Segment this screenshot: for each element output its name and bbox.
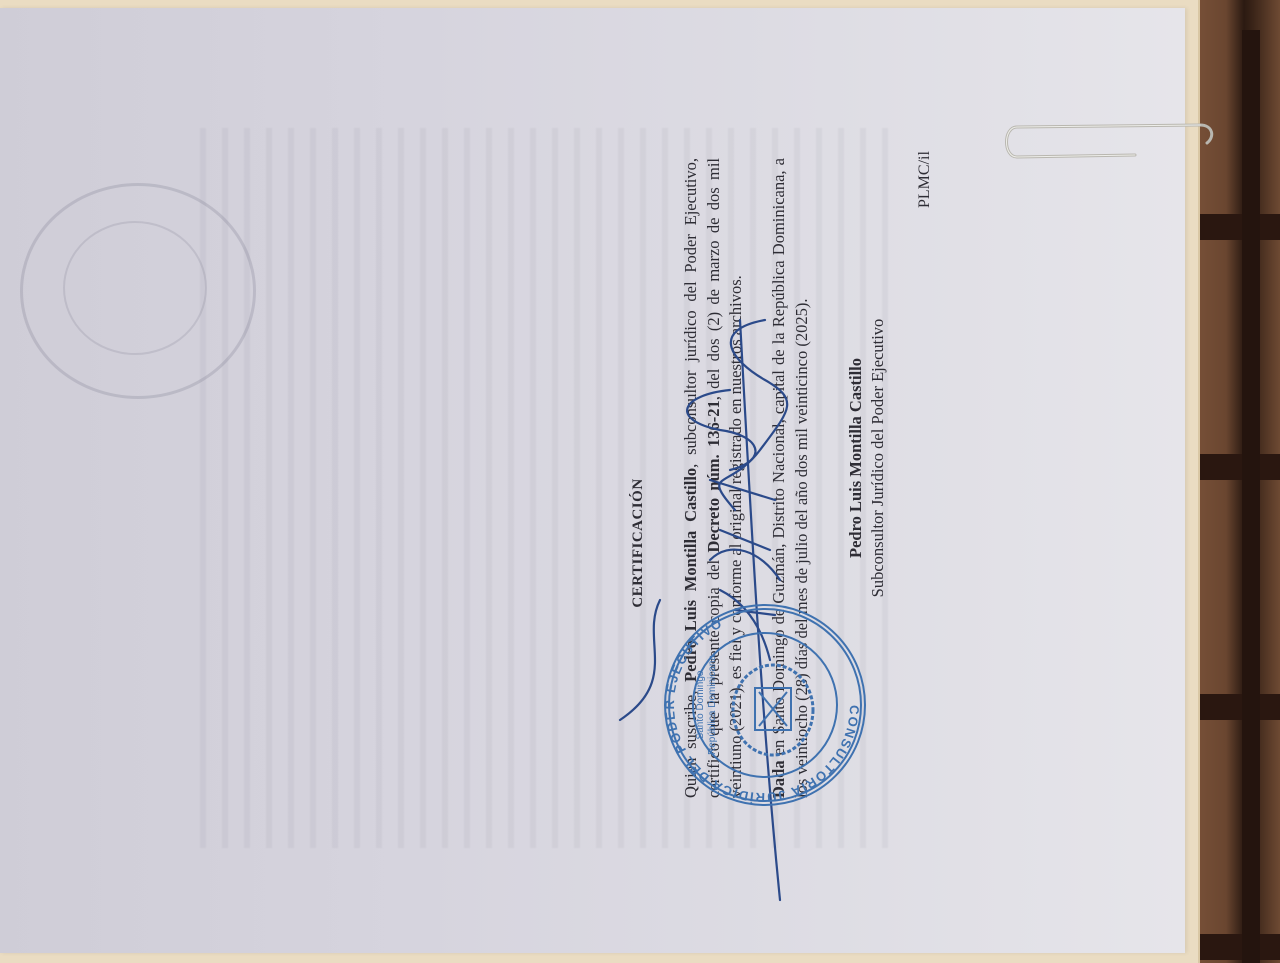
stamp-line-1: Santo Domingo <box>695 670 706 739</box>
table-groove <box>1242 30 1260 963</box>
paperclip-icon <box>995 115 1220 165</box>
stamp-line-2: República Dominicana <box>707 655 718 755</box>
signature-block: Pedro Luis Montilla Castillo Subconsulto… <box>845 258 889 658</box>
signer-role: Subconsultor Jurídico del Poder Ejecutiv… <box>867 258 889 658</box>
official-stamp: CONSULTORÍA JURÍDICA DEL PODER EJECUTIVO… <box>663 600 868 810</box>
bleed-through-seal <box>20 183 256 399</box>
signer-name: Pedro Luis Montilla Castillo <box>845 258 867 658</box>
reference-initials: PLMC/il <box>916 151 934 208</box>
